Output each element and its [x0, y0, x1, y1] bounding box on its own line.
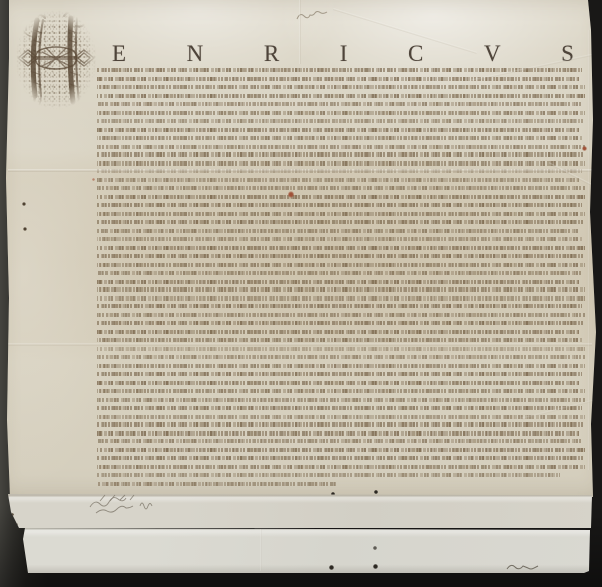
text-line: [97, 361, 586, 369]
text-line: [97, 387, 586, 395]
text-line: [97, 100, 586, 108]
text-line: [97, 117, 586, 125]
text-line: [97, 91, 586, 99]
parchment-charter: E N R I C V S: [0, 0, 602, 497]
seal-cord-hole: [329, 565, 334, 570]
text-line: [97, 252, 586, 260]
penwork-initial-h-drawing: [12, 6, 100, 118]
fold-crease-horizontal-2: [8, 343, 592, 346]
title-letter: C: [408, 42, 423, 65]
text-line: [97, 471, 586, 479]
text-line: [97, 294, 586, 302]
text-line: [97, 285, 586, 293]
text-line: [97, 142, 586, 150]
fold-crease-vertical-right: [588, 30, 590, 470]
text-line: [97, 319, 586, 327]
text-line: [97, 311, 586, 319]
title-letter: I: [340, 42, 348, 65]
text-line: [97, 328, 586, 336]
ink-spot: [11, 513, 14, 516]
rust-stain: [92, 178, 95, 181]
rust-stain: [582, 146, 587, 151]
manuscript-text-block: [97, 66, 586, 488]
text-line: [97, 404, 586, 412]
text-line: [97, 479, 586, 487]
text-line: [97, 446, 586, 454]
text-line: [97, 150, 586, 158]
text-line: [97, 125, 586, 133]
text-line: [97, 277, 586, 285]
bottom-right-scribble: [505, 560, 541, 574]
rust-stain: [288, 191, 294, 198]
text-line: [97, 193, 586, 201]
text-line: [97, 209, 586, 217]
text-line: [97, 201, 586, 209]
seal-cord-hole: [373, 564, 378, 569]
seal-cord-hole: [374, 490, 378, 494]
text-line: [97, 134, 586, 142]
text-line: [97, 159, 586, 167]
seal-cord-hole: [373, 546, 377, 550]
text-line: [97, 370, 586, 378]
title-letter: V: [484, 42, 501, 65]
text-line: [97, 260, 586, 268]
text-line: [97, 83, 586, 91]
illuminated-initial-h: [12, 6, 100, 118]
ink-spot: [15, 523, 18, 526]
text-line: [97, 184, 586, 192]
text-line: [97, 269, 586, 277]
text-line: [97, 302, 586, 310]
ink-spot: [23, 227, 27, 231]
text-line: [97, 437, 586, 445]
text-line: [97, 429, 586, 437]
text-line: [97, 463, 586, 471]
charter-title: E N R I C V S: [112, 42, 574, 65]
photo-stage: E N R I C V S: [0, 0, 602, 587]
text-line: [97, 226, 586, 234]
text-line: [97, 454, 586, 462]
text-line: [97, 378, 586, 386]
text-line: [97, 395, 586, 403]
title-letter: E: [112, 42, 126, 65]
text-line: [97, 108, 586, 116]
text-line: [97, 218, 586, 226]
text-line: [97, 243, 586, 251]
text-line: [97, 235, 586, 243]
text-line: [97, 420, 586, 428]
title-letter: R: [264, 42, 279, 65]
fold-crease-vertical-top: [299, 0, 301, 64]
text-line: [97, 353, 586, 361]
fold-crease-horizontal-1: [8, 169, 592, 172]
ink-spot: [22, 202, 26, 206]
title-letter: N: [187, 42, 204, 65]
text-line: [97, 412, 586, 420]
text-line: [97, 176, 586, 184]
signature-scribble: [84, 491, 168, 519]
text-line: [97, 74, 586, 82]
fold-crease-vertical-plica: [260, 529, 262, 571]
